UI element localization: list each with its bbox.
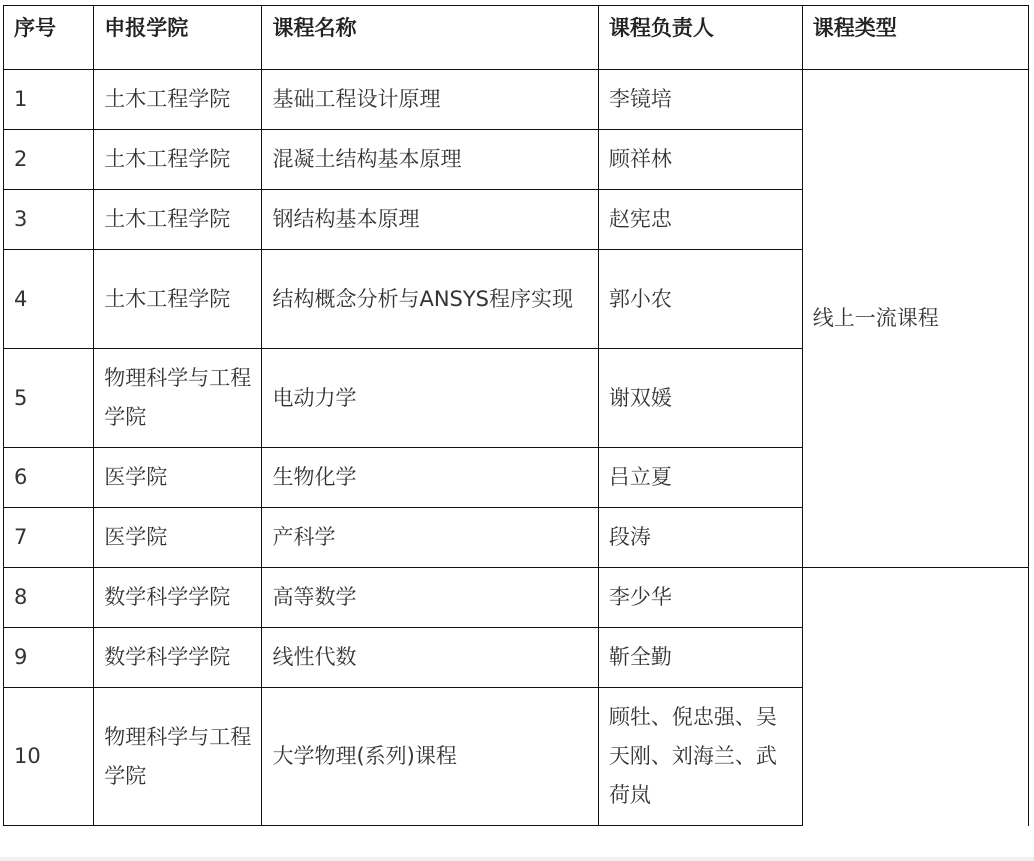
course-table: 序号 申报学院 课程名称 课程负责人 课程类型 1 土木工程学院 基础工程设计原… [3,5,1029,826]
header-course-name: 课程名称 [262,6,598,70]
cell-lead: 李少华 [598,568,802,628]
header-type: 课程类型 [802,6,1028,70]
cell-no: 9 [4,628,94,688]
header-school: 申报学院 [94,6,262,70]
cell-no: 6 [4,448,94,508]
cell-no: 1 [4,70,94,130]
cell-school: 物理科学与工程学院 [94,688,262,826]
table-header-row: 序号 申报学院 课程名称 课程负责人 课程类型 [4,6,1029,70]
cell-lead: 赵宪忠 [598,190,802,250]
header-lead: 课程负责人 [598,6,802,70]
cell-lead: 谢双媛 [598,349,802,448]
cell-no: 8 [4,568,94,628]
cell-no: 3 [4,190,94,250]
cell-course-name: 电动力学 [262,349,598,448]
cell-course-name: 产科学 [262,508,598,568]
table-row: 8 数学科学学院 高等数学 李少华 [4,568,1029,628]
cell-course-name: 大学物理(系列)课程 [262,688,598,826]
cell-school: 土木工程学院 [94,130,262,190]
cell-course-name: 钢结构基本原理 [262,190,598,250]
cell-school: 物理科学与工程学院 [94,349,262,448]
cell-lead: 顾牡、倪忠强、吴天刚、刘海兰、武荷岚 [598,688,802,826]
cell-course-name: 生物化学 [262,448,598,508]
cell-type-group [802,568,1028,826]
cell-course-name: 结构概念分析与ANSYS程序实现 [262,250,598,349]
cell-course-name: 混凝土结构基本原理 [262,130,598,190]
cell-lead: 顾祥林 [598,130,802,190]
cell-school: 土木工程学院 [94,70,262,130]
cell-lead: 郭小农 [598,250,802,349]
cell-course-name: 线性代数 [262,628,598,688]
cell-no: 7 [4,508,94,568]
cell-no: 2 [4,130,94,190]
cell-no: 5 [4,349,94,448]
cell-lead: 靳全勤 [598,628,802,688]
cell-lead: 李镜培 [598,70,802,130]
cell-school: 土木工程学院 [94,250,262,349]
header-no: 序号 [4,6,94,70]
cell-lead: 吕立夏 [598,448,802,508]
table-row: 1 土木工程学院 基础工程设计原理 李镜培 线上一流课程 [4,70,1029,130]
cell-school: 土木工程学院 [94,190,262,250]
cell-course-name: 高等数学 [262,568,598,628]
cell-no: 4 [4,250,94,349]
cell-school: 数学科学学院 [94,628,262,688]
cell-school: 医学院 [94,508,262,568]
bottom-strip [0,857,1034,861]
cell-lead: 段涛 [598,508,802,568]
cell-school: 数学科学学院 [94,568,262,628]
cell-school: 医学院 [94,448,262,508]
page: 序号 申报学院 课程名称 课程负责人 课程类型 1 土木工程学院 基础工程设计原… [0,0,1034,861]
cell-course-name: 基础工程设计原理 [262,70,598,130]
cell-type-group: 线上一流课程 [802,70,1028,568]
cell-no: 10 [4,688,94,826]
